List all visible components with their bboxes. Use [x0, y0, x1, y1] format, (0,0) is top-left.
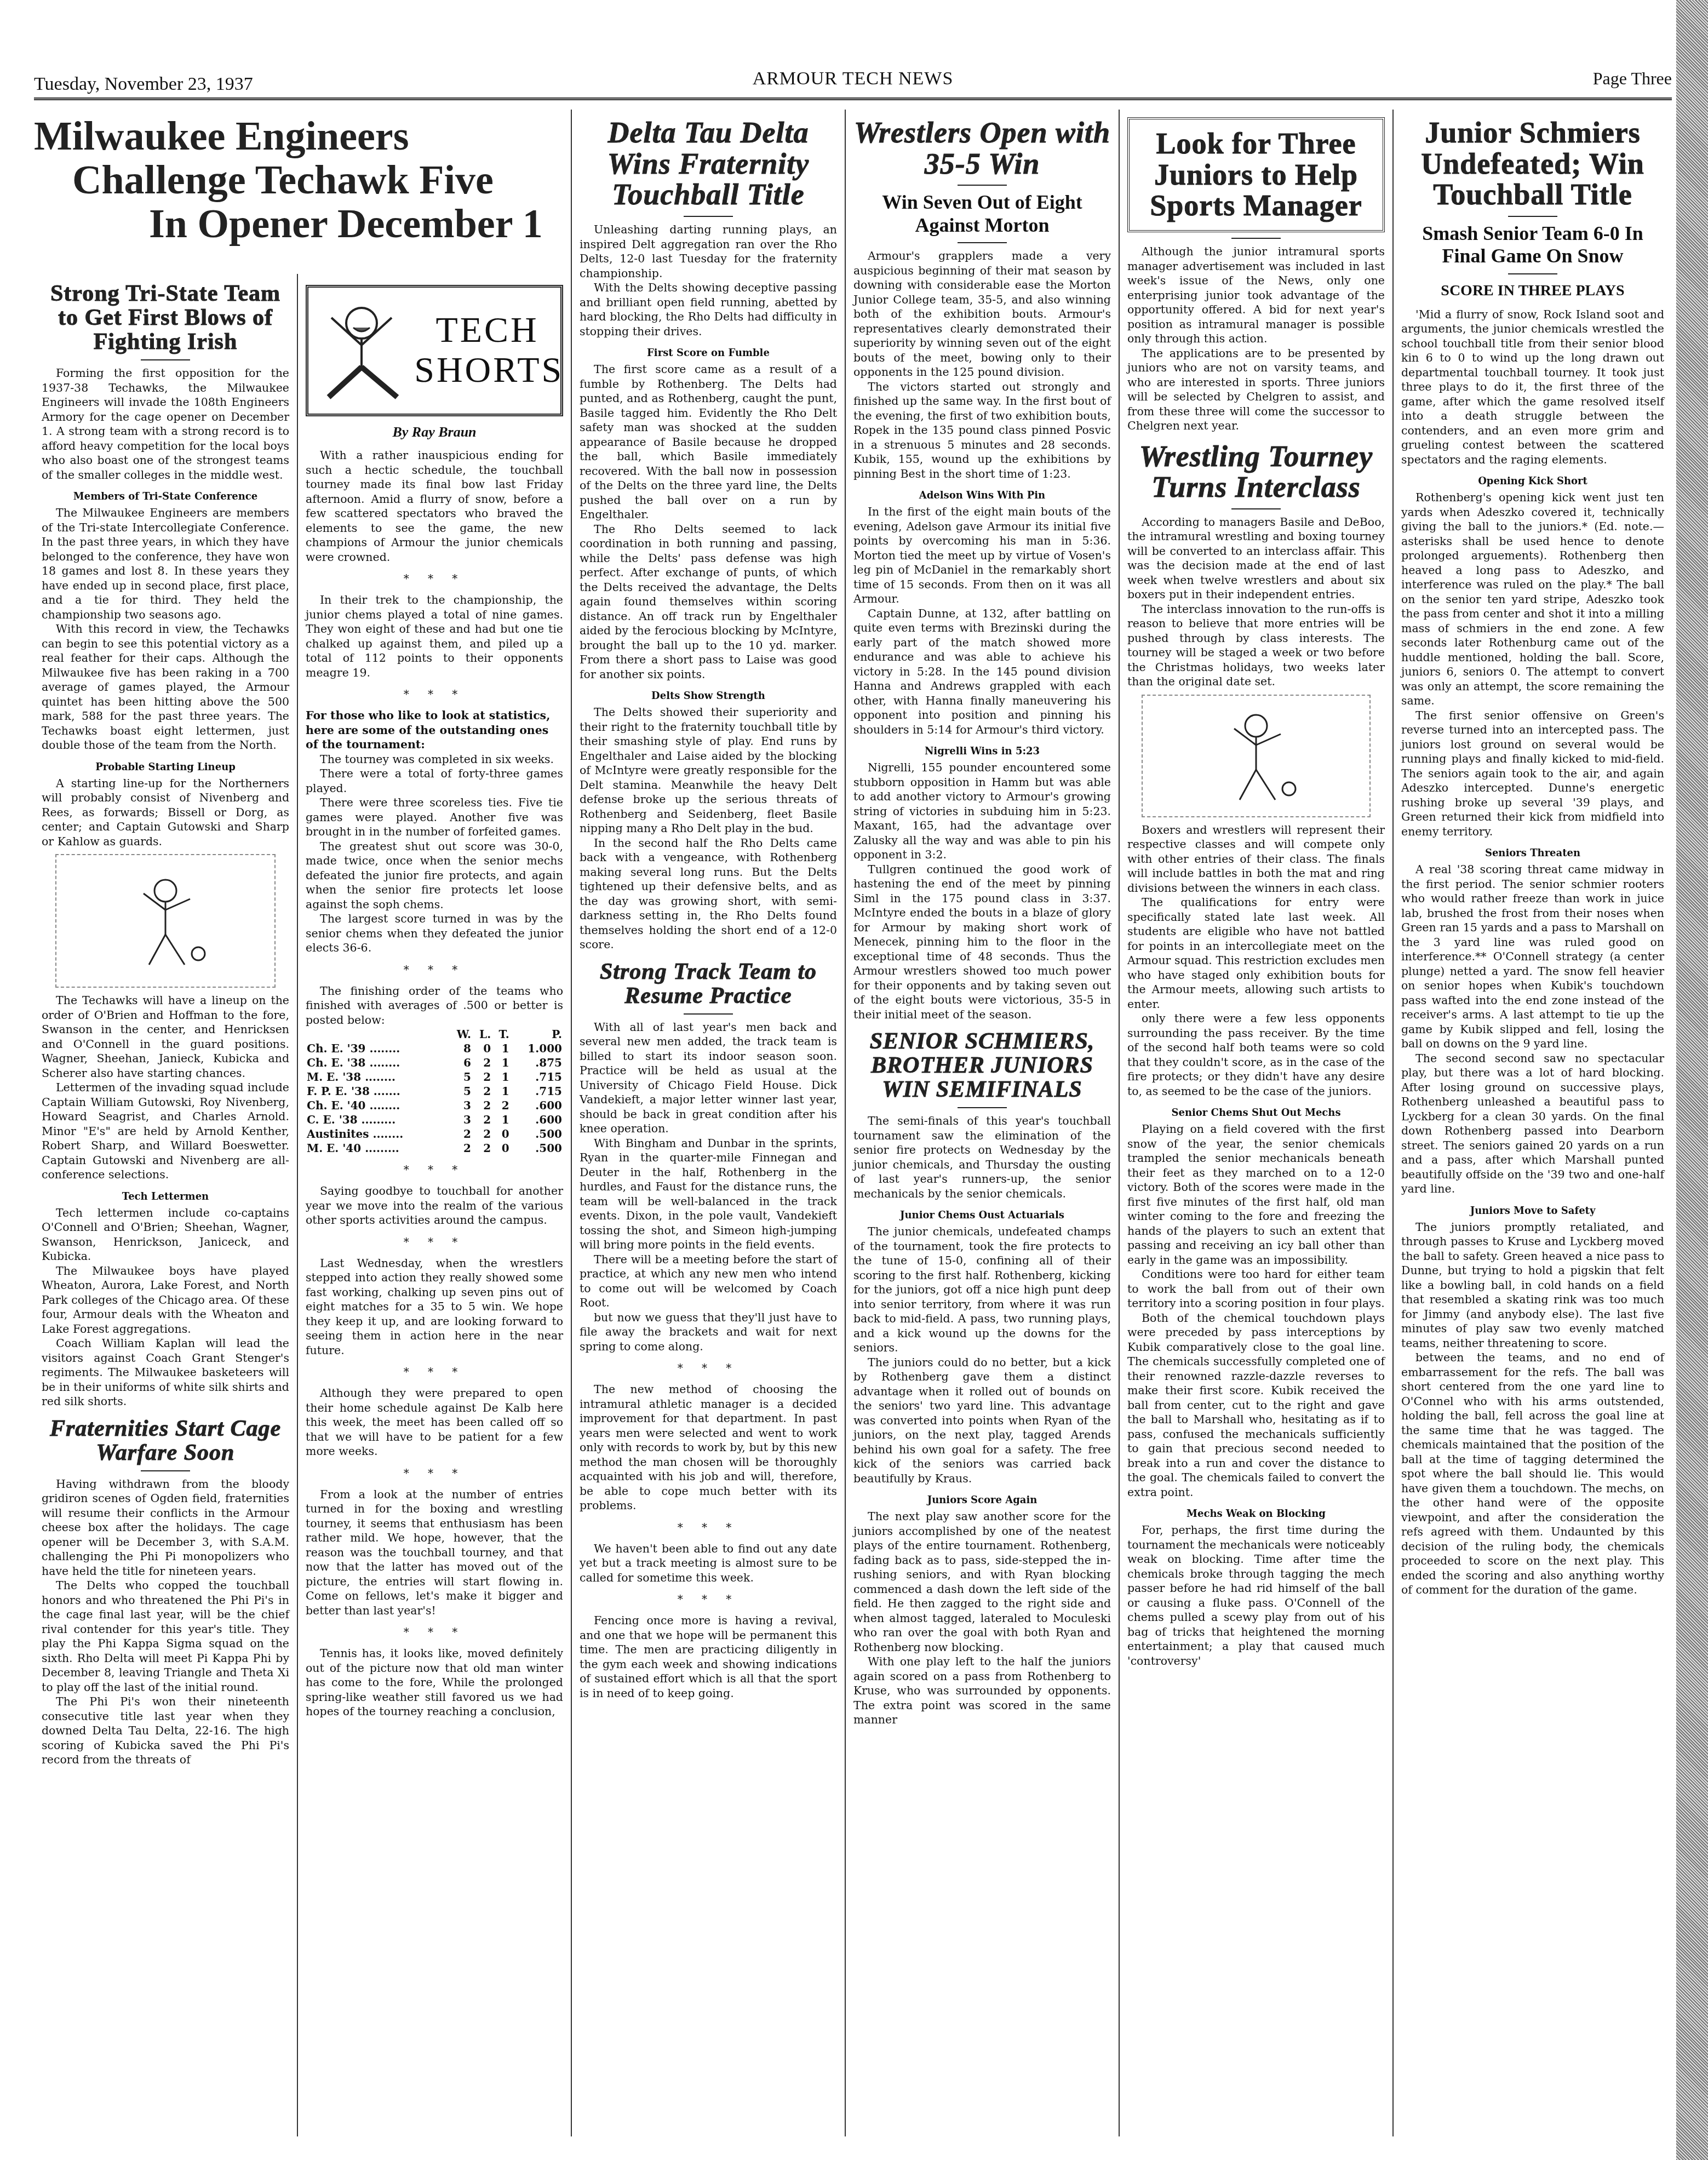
standings-table: W.L.T.P.Ch. E. '39 ........8011.000Ch. E…: [306, 1027, 563, 1155]
paragraph: With the Delts showing deceptive passing…: [580, 280, 837, 339]
headline: Delta Tau Delta Wins Fraternity Touchbal…: [580, 117, 837, 210]
table-cell: 5: [448, 1084, 472, 1098]
column-header: W.: [448, 1027, 472, 1041]
paragraph: Forming the first opposition for the 193…: [42, 366, 289, 482]
paragraph: In the second half the Rho Delts came ba…: [580, 836, 837, 952]
table-cell: F. P. E. '38 .......: [306, 1084, 448, 1098]
paragraph: There were three scoreless ties. Five ti…: [306, 795, 563, 839]
section-break-stars: * * *: [306, 963, 563, 976]
paragraph: With all of last year's men back and sev…: [580, 1020, 837, 1136]
paragraph: For, perhaps, the first time during the …: [1127, 1523, 1385, 1668]
basketball-cartoon-illustration: [55, 854, 276, 988]
paragraph: Lettermen of the invading squad include …: [42, 1080, 289, 1182]
table-cell: 0: [492, 1141, 511, 1155]
cartoon-figure-icon: [1212, 707, 1300, 805]
table-cell: 1: [492, 1113, 511, 1127]
section-subhead: Juniors Move to Safety: [1401, 1205, 1664, 1217]
headline: Fraternities Start Cage Warfare Soon: [42, 1417, 289, 1465]
table-cell: 5: [448, 1070, 472, 1084]
section-break-stars: * * *: [306, 1163, 563, 1176]
paragraph: Fencing once more is having a revival, a…: [580, 1613, 837, 1700]
section-break-stars: * * *: [306, 1235, 563, 1248]
paragraph: With one play left to the half the junio…: [853, 1654, 1111, 1727]
page-columns: Milwaukee Engineers Challenge Techawk Fi…: [34, 110, 1672, 2136]
masthead-rule: [34, 98, 1672, 100]
column-header: T.: [492, 1027, 511, 1041]
paragraph: A starting line-up for the Northerners w…: [42, 776, 289, 849]
tech-shorts-title-top: TECH: [414, 311, 560, 351]
table-cell: .600: [511, 1113, 563, 1127]
section-subhead: Delts Show Strength: [580, 690, 837, 702]
column-6: Junior Schmiers Undefeated; Win Touchbal…: [1392, 110, 1672, 2136]
table-cell: .500: [511, 1141, 563, 1155]
paragraph: The Rho Delts seemed to lack coordinatio…: [580, 522, 837, 682]
section-subhead: Seniors Threaten: [1401, 847, 1664, 859]
paragraph: The Delts who copped the touchball honor…: [42, 1578, 289, 1694]
column-3: Delta Tau Delta Wins Fraternity Touchbal…: [571, 110, 845, 2136]
paragraph: There will be a meeting before the start…: [580, 1252, 837, 1310]
column-4: Wrestlers Open with 35-5 WinWin Seven Ou…: [845, 110, 1119, 2136]
paragraph: The junior chemicals, undefeated champs …: [853, 1224, 1111, 1355]
table-cell: 2: [472, 1084, 492, 1098]
table-cell: .715: [511, 1084, 563, 1098]
paragraph: The juniors promptly retaliated, and thr…: [1401, 1220, 1664, 1351]
table-cell: M. E. '38 ........: [306, 1070, 448, 1084]
paragraph: Last Wednesday, when the wrestlers stepp…: [306, 1256, 563, 1358]
paragraph: The greatest shut out score was 30-0, ma…: [306, 839, 563, 912]
headline-rule: [684, 216, 733, 217]
paragraph: There were a total of forty-three games …: [306, 766, 563, 795]
paragraph: Although the junior intramural sports ma…: [1127, 244, 1385, 346]
paragraph: The first senior offensive on Green's re…: [1401, 708, 1664, 839]
table-row: Austinites ........220.500: [306, 1127, 563, 1141]
headline: SENIOR SCHMIERS, BROTHER JUNIORS WIN SEM…: [853, 1029, 1111, 1102]
section-break-stars: * * *: [580, 1592, 837, 1606]
section-break-stars: * * *: [580, 1361, 837, 1374]
headline-rule: [684, 1013, 733, 1015]
section-subhead: Nigrelli Wins in 5:23: [853, 746, 1111, 757]
section-break-stars: * * *: [306, 687, 563, 701]
section-subhead: Adelson Wins With Pin: [853, 490, 1111, 501]
section-subhead: Opening Kick Short: [1401, 475, 1664, 487]
headline: Wrestlers Open with 35-5 Win: [853, 117, 1111, 179]
paragraph: The victors started out strongly and fin…: [853, 380, 1111, 482]
paragraph: The Milwaukee boys have played Wheaton, …: [42, 1264, 289, 1337]
boxers-cartoon-illustration: [1142, 695, 1371, 817]
table-cell: 1: [492, 1041, 511, 1056]
table-cell: 1: [492, 1070, 511, 1084]
table-cell: 2: [472, 1127, 492, 1141]
table-cell: 2: [448, 1141, 472, 1155]
paragraph: Rothenberg's opening kick went just ten …: [1401, 490, 1664, 708]
paper-name: ARMOUR TECH NEWS: [34, 68, 1672, 89]
paragraph: Tech lettermen include co-captains O'Con…: [42, 1206, 289, 1264]
column-5: Look for Three Juniors to Help Sports Ma…: [1119, 110, 1392, 2136]
banner-line-3: In Opener December 1: [34, 203, 560, 247]
table-row: F. P. E. '38 .......521.715: [306, 1084, 563, 1098]
table-cell: .715: [511, 1070, 563, 1084]
tech-shorts-logo-box: TECHSHORTS: [306, 285, 563, 416]
paragraph: Although they were prepared to open thei…: [306, 1386, 563, 1459]
paragraph: The Milwaukee Engineers are members of t…: [42, 506, 289, 622]
paragraph: Tullgren continued the good work of hast…: [853, 862, 1111, 1022]
paragraph: The juniors could do no better, but a ki…: [853, 1355, 1111, 1486]
table-cell: 1: [492, 1084, 511, 1098]
headline: Strong Tri-State Team to Get First Blows…: [42, 282, 289, 354]
paragraph: Saying goodbye to touchball for another …: [306, 1184, 563, 1228]
column-header: [306, 1027, 448, 1041]
paragraph: between the teams, and no end of embarra…: [1401, 1350, 1664, 1597]
banner-line-1: Milwaukee Engineers: [34, 115, 560, 159]
subheadline-deck: Smash Senior Team 6-0 In Final Game On S…: [1401, 222, 1664, 268]
section-break-stars: * * *: [306, 1466, 563, 1480]
deck-rule: [1508, 273, 1557, 274]
paragraph: With Bingham and Dunbar in the sprints, …: [580, 1136, 837, 1252]
paragraph: The qualifications for entry were specif…: [1127, 895, 1385, 1011]
table-cell: Ch. E. '38 ........: [306, 1056, 448, 1070]
section-caps-heading: SCORE IN THREE PLAYS: [1401, 282, 1664, 300]
paragraph: Playing on a field covered with the firs…: [1127, 1122, 1385, 1267]
paragraph: 'Mid a flurry of snow, Rock Island soot …: [1401, 307, 1664, 467]
table-cell: Ch. E. '39 ........: [306, 1041, 448, 1056]
table-cell: 3: [448, 1098, 472, 1113]
table-cell: 2: [472, 1098, 492, 1113]
paragraph: A real '38 scoring threat came midway in…: [1401, 862, 1664, 1051]
headline-rule: [1508, 216, 1557, 217]
paragraph: In the first of the eight main bouts of …: [853, 505, 1111, 606]
headline: Junior Schmiers Undefeated; Win Touchbal…: [1401, 117, 1664, 210]
headline-rule: [141, 1470, 190, 1471]
paragraph: The largest score turned in was by the s…: [306, 912, 563, 955]
table-row: M. E. '38 ........521.715: [306, 1070, 563, 1084]
table-cell: 6: [448, 1056, 472, 1070]
paragraph: Coach William Kaplan will lead the visit…: [42, 1336, 289, 1409]
paragraph: only there were a few less opponents sur…: [1127, 1011, 1385, 1098]
paragraph: From a look at the number of entries tur…: [306, 1487, 563, 1618]
paragraph: According to managers Basile and DeBoo, …: [1127, 515, 1385, 602]
tech-shorts-title: TECHSHORTS: [414, 311, 560, 390]
table-row: M. E. '40 .........220.500: [306, 1141, 563, 1155]
table-cell: 2: [472, 1070, 492, 1084]
byline: By Ray Braun: [306, 424, 563, 440]
paragraph: The first score came as a result of a fu…: [580, 362, 837, 522]
section-subhead: Mechs Weak on Blocking: [1127, 1508, 1385, 1520]
cartoon-figure-icon: [122, 866, 209, 976]
table-row: C. E. '38 .........321.600: [306, 1113, 563, 1127]
section-subhead: Junior Chems Oust Actuarials: [853, 1210, 1111, 1221]
paragraph: The semi-finals of this year's touchball…: [853, 1114, 1111, 1201]
table-cell: 2: [472, 1141, 492, 1155]
column-1: Strong Tri-State Team to Get First Blows…: [34, 274, 297, 2136]
section-subhead: Juniors Score Again: [853, 1494, 1111, 1506]
paragraph: The Phi Pi's won their nineteenth consec…: [42, 1694, 289, 1767]
paragraph: Tennis has, it looks like, moved definit…: [306, 1646, 563, 1719]
paragraph: The next play saw another score for the …: [853, 1509, 1111, 1654]
table-header-row: W.L.T.P.: [306, 1027, 563, 1041]
deck-rule: [958, 242, 1007, 243]
headline-rule: [141, 359, 190, 360]
table-cell: .600: [511, 1098, 563, 1113]
headline: Wrestling Tourney Turns Interclass: [1127, 441, 1385, 503]
headline-rule: [1231, 508, 1281, 509]
paragraph: The Delts showed their superiority and t…: [580, 705, 837, 836]
table-cell: Austinites ........: [306, 1127, 448, 1141]
scan-edge-strip: [1676, 0, 1708, 2160]
paragraph: Both of the chemical touchdown plays wer…: [1127, 1311, 1385, 1500]
paragraph: Conditions were too hard for either team…: [1127, 1267, 1385, 1311]
headline-rule: [958, 185, 1007, 186]
section-subhead: Members of Tri-State Conference: [42, 491, 289, 502]
table-cell: Ch. E. '40 ........: [306, 1098, 448, 1113]
headline-rule: [958, 1107, 1007, 1108]
section-break-stars: * * *: [306, 1625, 563, 1638]
paragraph: Nigrelli, 155 pounder encountered some s…: [853, 760, 1111, 862]
paragraph: Boxers and wrestlers will represent thei…: [1127, 823, 1385, 896]
banner-line-2: Challenge Techawk Five: [34, 159, 560, 203]
masthead: Tuesday, November 23, 1937 ARMOUR TECH N…: [34, 68, 1672, 101]
table-row: Ch. E. '39 ........8011.000: [306, 1041, 563, 1056]
table-cell: .500: [511, 1127, 563, 1141]
subheadline-deck: Win Seven Out of Eight Against Morton: [853, 191, 1111, 237]
section-break-stars: * * *: [306, 1365, 563, 1378]
page-number: Page Three: [1593, 68, 1672, 89]
paragraph: The new method of choosing the intramura…: [580, 1382, 837, 1513]
paragraph: In their trek to the championship, the j…: [306, 593, 563, 680]
paragraph: The tourney was completed in six weeks.: [306, 752, 563, 767]
paragraph: Having withdrawn from the bloody gridiro…: [42, 1477, 289, 1579]
section-break-stars: * * *: [306, 572, 563, 585]
table-cell: 2: [472, 1056, 492, 1070]
banner-headline: Milwaukee Engineers Challenge Techawk Fi…: [34, 115, 560, 247]
table-cell: 1.000: [511, 1041, 563, 1056]
headline: Look for Three Juniors to Help Sports Ma…: [1127, 117, 1385, 232]
paragraph: The second second saw no spectacular pla…: [1401, 1051, 1664, 1196]
section-subhead: Tech Lettermen: [42, 1191, 289, 1202]
table-cell: 2: [472, 1113, 492, 1127]
paragraph: With a rather inauspicious ending for su…: [306, 448, 563, 564]
section-subhead: Senior Chems Shut Out Mechs: [1127, 1107, 1385, 1119]
paragraph: The applications are to be presented by …: [1127, 346, 1385, 433]
column-header: L.: [472, 1027, 492, 1041]
headline-rule: [1231, 238, 1281, 239]
paragraph: Armour's grapplers made a very auspiciou…: [853, 249, 1111, 380]
paragraph: With this record in view, the Techawks c…: [42, 622, 289, 753]
table-cell: .875: [511, 1056, 563, 1070]
table-cell: 2: [492, 1098, 511, 1113]
column-2: TECHSHORTSBy Ray BraunWith a rather inau…: [297, 274, 571, 2136]
table-cell: 0: [472, 1041, 492, 1056]
paragraph: We haven't been able to find out any dat…: [580, 1542, 837, 1585]
table-cell: 1: [492, 1056, 511, 1070]
table-cell: M. E. '40 .........: [306, 1141, 448, 1155]
table-cell: 3: [448, 1113, 472, 1127]
table-cell: C. E. '38 .........: [306, 1113, 448, 1127]
paragraph: Captain Dunne, at 132, after battling on…: [853, 606, 1111, 737]
cartoon-figure-icon: [308, 288, 414, 414]
column-header: P.: [511, 1027, 563, 1041]
section-subhead: First Score on Fumble: [580, 347, 837, 359]
bold-paragraph: For those who like to look at statistics…: [306, 708, 563, 752]
section-subhead: Probable Starting Lineup: [42, 761, 289, 773]
tech-shorts-title-bottom: SHORTS: [414, 351, 560, 391]
table-row: Ch. E. '40 ........322.600: [306, 1098, 563, 1113]
paragraph: The Techawks will have a lineup on the o…: [42, 993, 289, 1080]
table-cell: 8: [448, 1041, 472, 1056]
paragraph: The interclass innovation to the run-off…: [1127, 602, 1385, 689]
table-row: Ch. E. '38 ........621.875: [306, 1056, 563, 1070]
paragraph: Unleashing darting running plays, an ins…: [580, 222, 837, 280]
section-break-stars: * * *: [580, 1521, 837, 1534]
table-cell: 2: [448, 1127, 472, 1141]
paragraph: but now we guess that they'll just have …: [580, 1310, 837, 1354]
paragraph: The finishing order of the teams who fin…: [306, 984, 563, 1028]
headline: Strong Track Team to Resume Practice: [580, 960, 837, 1008]
table-cell: 0: [492, 1127, 511, 1141]
